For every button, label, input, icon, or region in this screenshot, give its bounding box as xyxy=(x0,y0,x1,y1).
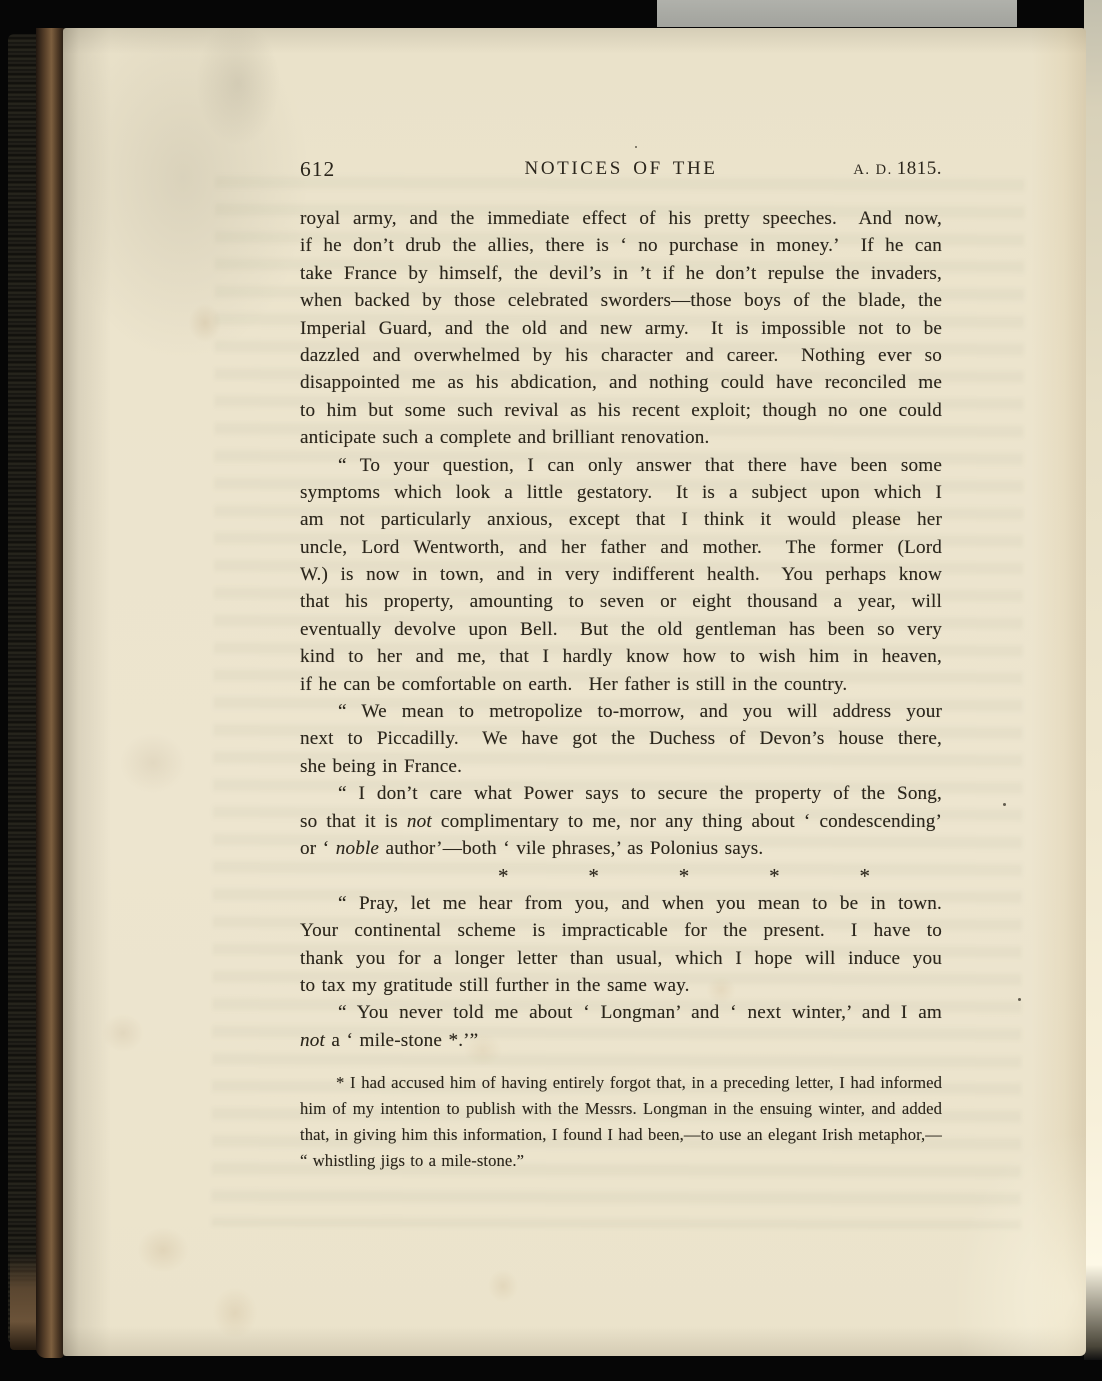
asterisk: * xyxy=(679,864,690,889)
text-line: next to Piccadilly. We have got the Duch… xyxy=(300,725,942,752)
text-line: eventually devolve upon Bell. But the ol… xyxy=(300,616,942,643)
paragraph: royal army, and the immediate effect of … xyxy=(300,205,942,452)
text-line: take France by himself, the devil’s in ’… xyxy=(300,260,942,287)
year-text: 1815. xyxy=(897,158,942,179)
scanned-book-photo: 612 NOTICES OF THE A. D. 1815. royal arm… xyxy=(0,0,1102,1381)
book-binding-spine xyxy=(36,28,64,1358)
text-line: that his property, amounting to seven or… xyxy=(300,588,942,615)
text-line: “ We mean to metropolize to-morrow, and … xyxy=(300,698,942,725)
date-label: A. D. 1815. xyxy=(853,158,942,180)
text-line: Imperial Guard, and the old and new army… xyxy=(300,315,942,342)
text-line: when backed by those celebrated sworders… xyxy=(300,287,942,314)
text-line: if he don’t drub the allies, there is ‘ … xyxy=(300,232,942,259)
paragraph: “ You never told me about ‘ Longman’ and… xyxy=(300,999,942,1054)
text-line: dazzled and overwhelmed by his character… xyxy=(300,342,942,369)
text-line: “ Pray, let me hear from you, and when y… xyxy=(300,890,942,917)
text-line: thank you for a longer letter than usual… xyxy=(300,945,942,972)
text-line: to tax my gratitude still further in the… xyxy=(300,972,942,999)
letter-body: royal army, and the immediate effect of … xyxy=(300,205,942,1174)
text-line: “ To your question, I can only answer th… xyxy=(300,452,942,479)
letter-paragraphs-before-separator: royal army, and the immediate effect of … xyxy=(300,205,942,862)
asterisk: * xyxy=(498,864,509,889)
paragraph: “ Pray, let me hear from you, and when y… xyxy=(300,890,942,1000)
era-text: A. D. xyxy=(853,162,892,178)
asterisk: * xyxy=(860,864,871,889)
dust-speck xyxy=(1018,998,1021,1001)
asterisk-separator: ***** xyxy=(498,862,870,889)
text-line: to him but some such revival as his rece… xyxy=(300,397,942,424)
footnote-line: “ whistling jigs to a mile-stone.” xyxy=(300,1148,942,1174)
fore-edge-page-sliver xyxy=(1084,0,1102,1360)
text-line: anticipate such a complete and brilliant… xyxy=(300,424,942,451)
text-line: uncle, Lord Wentworth, and her father an… xyxy=(300,534,942,561)
text-line: am not particularly anxious, except that… xyxy=(300,506,942,533)
text-line: kind to her and me, that I hardly know h… xyxy=(300,643,942,670)
running-title: NOTICES OF THE xyxy=(300,158,942,180)
asterisk: * xyxy=(588,864,599,889)
printed-text-block: 612 NOTICES OF THE A. D. 1815. royal arm… xyxy=(300,155,942,185)
scanner-background-tab xyxy=(657,0,1017,27)
letter-paragraphs-after-separator: “ Pray, let me hear from you, and when y… xyxy=(300,890,942,1054)
text-line: “ You never told me about ‘ Longman’ and… xyxy=(300,999,942,1026)
text-line: W.) is now in town, and in very indiffer… xyxy=(300,561,942,588)
footnote: * I had accused him of having entirely f… xyxy=(300,1070,942,1174)
text-line: “ I don’t care what Power says to secure… xyxy=(300,780,942,807)
text-line: if he can be comfortable on earth. Her f… xyxy=(300,671,942,698)
dust-speck xyxy=(635,146,637,148)
paragraph: “ To your question, I can only answer th… xyxy=(300,452,942,699)
book-page-edges xyxy=(8,34,36,1344)
footnote-line: him of my intention to publish with the … xyxy=(300,1096,942,1122)
text-line: she being in France. xyxy=(300,753,942,780)
footnote-line: * I had accused him of having entirely f… xyxy=(300,1070,942,1096)
text-line: disappointed me as his abdication, and n… xyxy=(300,369,942,396)
page-header: 612 NOTICES OF THE A. D. 1815. xyxy=(300,155,942,185)
text-line: royal army, and the immediate effect of … xyxy=(300,205,942,232)
asterisk: * xyxy=(769,864,780,889)
text-line: so that it is not complimentary to me, n… xyxy=(300,808,942,835)
footnote-line: that, in giving him this information, I … xyxy=(300,1122,942,1148)
dust-speck xyxy=(1003,803,1006,806)
text-line: symptoms which look a little gestatory. … xyxy=(300,479,942,506)
paragraph: “ We mean to metropolize to-morrow, and … xyxy=(300,698,942,780)
paragraph: “ I don’t care what Power says to secure… xyxy=(300,780,942,862)
book-page: 612 NOTICES OF THE A. D. 1815. royal arm… xyxy=(63,28,1086,1356)
text-line: not a ‘ mile-stone *.’” xyxy=(300,1027,942,1054)
text-line: or ‘ noble author’—both ‘ vile phrases,’… xyxy=(300,835,942,862)
text-line: Your continental scheme is impracticable… xyxy=(300,917,942,944)
